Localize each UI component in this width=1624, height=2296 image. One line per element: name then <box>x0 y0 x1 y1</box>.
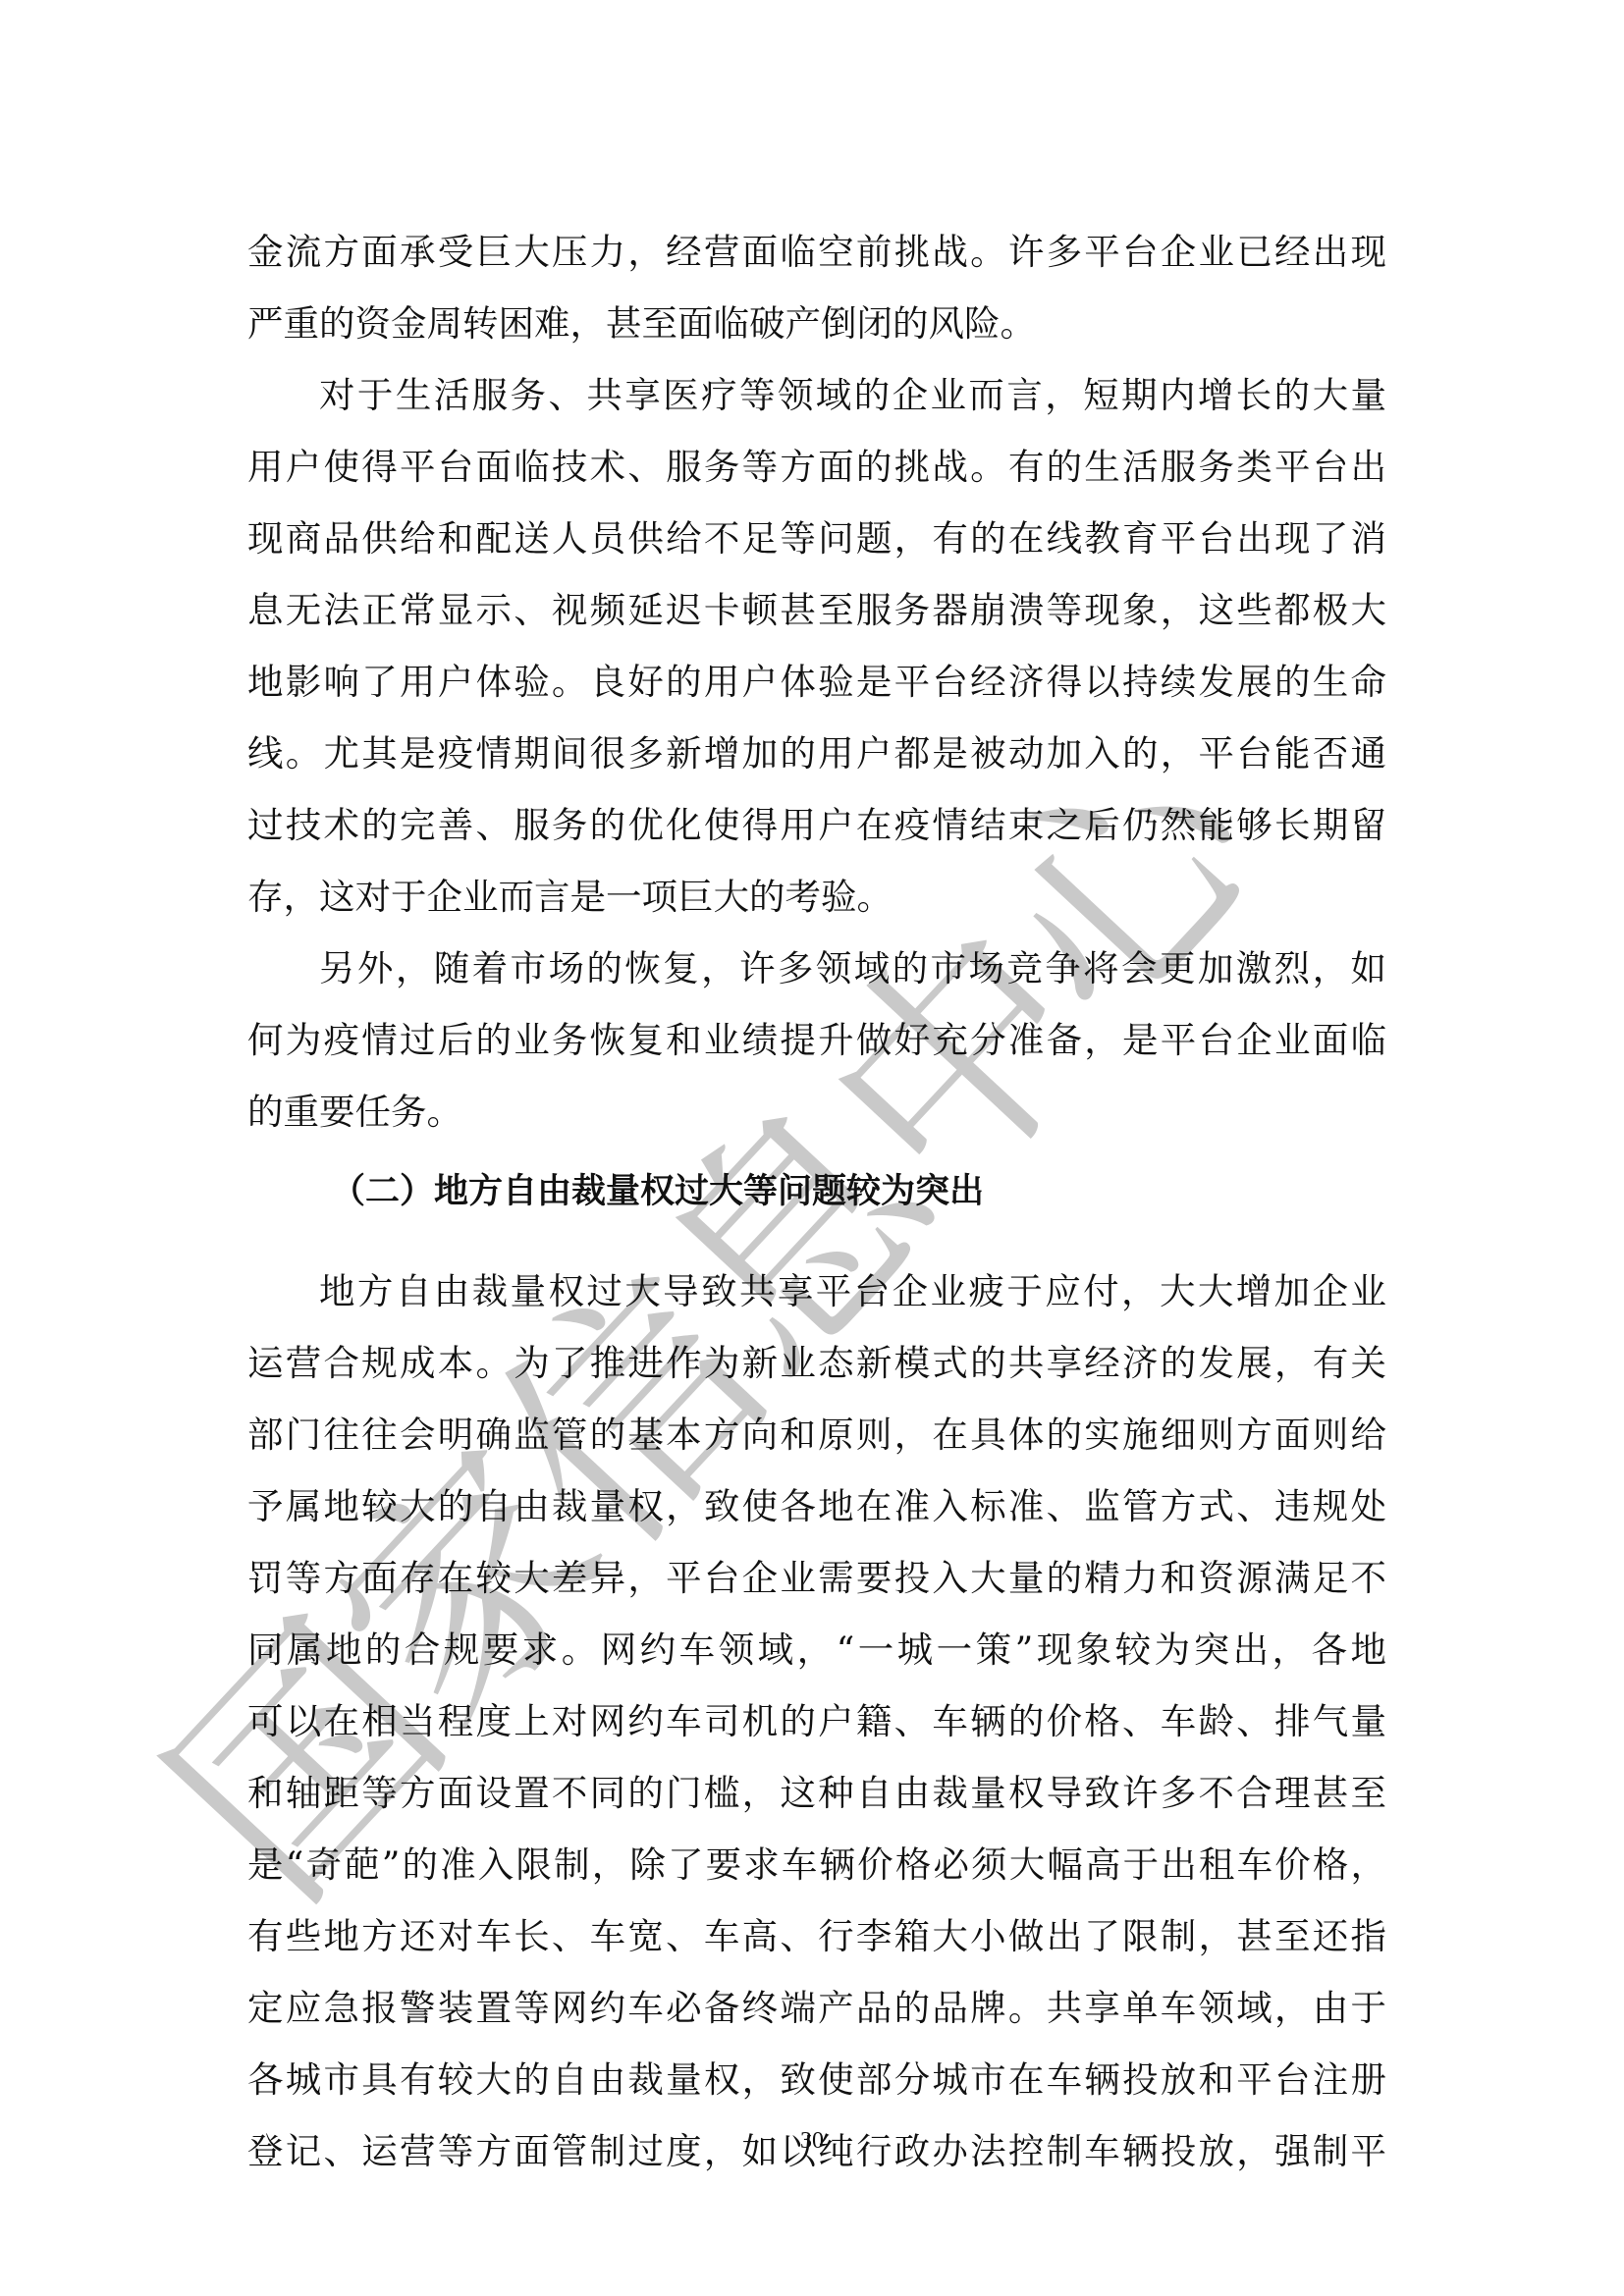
text-line: 可以在相当程度上对网约车司机的户籍、车辆的价格、车龄、排气量 <box>247 1685 1386 1757</box>
text-line: 地影响了用户体验。良好的用户体验是平台经济得以持续发展的生命 <box>247 646 1386 718</box>
text-line: 各城市具有较大的自由裁量权，致使部分城市在车辆投放和平台注册 <box>247 2044 1386 2115</box>
text-line: 运营合规成本。为了推进作为新业态新模式的共享经济的发展，有关 <box>247 1327 1386 1399</box>
text-line: 线。尤其是疫情期间很多新增加的用户都是被动加入的，平台能否通 <box>247 718 1386 789</box>
text-line: 严重的资金周转困难，甚至面临破产倒闭的风险。 <box>247 288 1386 359</box>
text-line: 存，这对于企业而言是一项巨大的考验。 <box>247 861 1386 933</box>
text-line: 现商品供给和配送人员供给不足等问题，有的在线教育平台出现了消 <box>247 503 1386 574</box>
text-line: 罚等方面存在较大差异，平台企业需要投入大量的精力和资源满足不 <box>247 1542 1386 1614</box>
document-page: 国家信息中心 金流方面承受巨大压力，经营面临空前挑战。许多平台企业已经出现 严重… <box>0 0 1624 2296</box>
paragraph-1: 金流方面承受巨大压力，经营面临空前挑战。许多平台企业已经出现 严重的资金周转困难… <box>247 216 1386 359</box>
text-line: 金流方面承受巨大压力，经营面临空前挑战。许多平台企业已经出现 <box>247 216 1386 288</box>
text-line: 是“奇葩”的准入限制，除了要求车辆价格必须大幅高于出租车价格， <box>247 1829 1386 1900</box>
text-line: 的重要任务。 <box>247 1076 1386 1148</box>
text-line: 地方自由裁量权过大导致共享平台企业疲于应付，大大增加企业 <box>247 1255 1386 1327</box>
text-line: 部门往往会明确监管的基本方向和原则，在具体的实施细则方面则给 <box>247 1399 1386 1470</box>
text-line: 同属地的合规要求。网约车领域，“一城一策”现象较为突出，各地 <box>247 1614 1386 1685</box>
text-line: 予属地较大的自由裁量权，致使各地在准入标准、监管方式、违规处 <box>247 1470 1386 1542</box>
text-line: 息无法正常显示、视频延迟卡顿甚至服务器崩溃等现象，这些都极大 <box>247 574 1386 646</box>
text-line: 用户使得平台面临技术、服务等方面的挑战。有的生活服务类平台出 <box>247 431 1386 503</box>
section-heading: （二）地方自由裁量权过大等问题较为突出 <box>247 1148 1386 1255</box>
text-line: 过技术的完善、服务的优化使得用户在疫情结束之后仍然能够长期留 <box>247 789 1386 861</box>
text-line: 对于生活服务、共享医疗等领域的企业而言，短期内增长的大量 <box>247 359 1386 431</box>
paragraph-4: 地方自由裁量权过大导致共享平台企业疲于应付，大大增加企业 运营合规成本。为了推进… <box>247 1255 1386 2187</box>
text-line: 有些地方还对车长、车宽、车高、行李箱大小做出了限制，甚至还指 <box>247 1900 1386 1972</box>
page-body: 金流方面承受巨大压力，经营面临空前挑战。许多平台企业已经出现 严重的资金周转困难… <box>247 216 1386 2187</box>
text-line: 定应急报警装置等网约车必备终端产品的品牌。共享单车领域，由于 <box>247 1972 1386 2044</box>
text-line: 另外，随着市场的恢复，许多领域的市场竞争将会更加激烈，如 <box>247 933 1386 1004</box>
text-line: 何为疫情过后的业务恢复和业绩提升做好充分准备，是平台企业面临 <box>247 1004 1386 1076</box>
paragraph-2: 对于生活服务、共享医疗等领域的企业而言，短期内增长的大量 用户使得平台面临技术、… <box>247 359 1386 933</box>
text-line: 和轴距等方面设置不同的门槛，这种自由裁量权导致许多不合理甚至 <box>247 1757 1386 1829</box>
page-number: 30 <box>0 2128 1624 2155</box>
paragraph-3: 另外，随着市场的恢复，许多领域的市场竞争将会更加激烈，如 何为疫情过后的业务恢复… <box>247 933 1386 1148</box>
